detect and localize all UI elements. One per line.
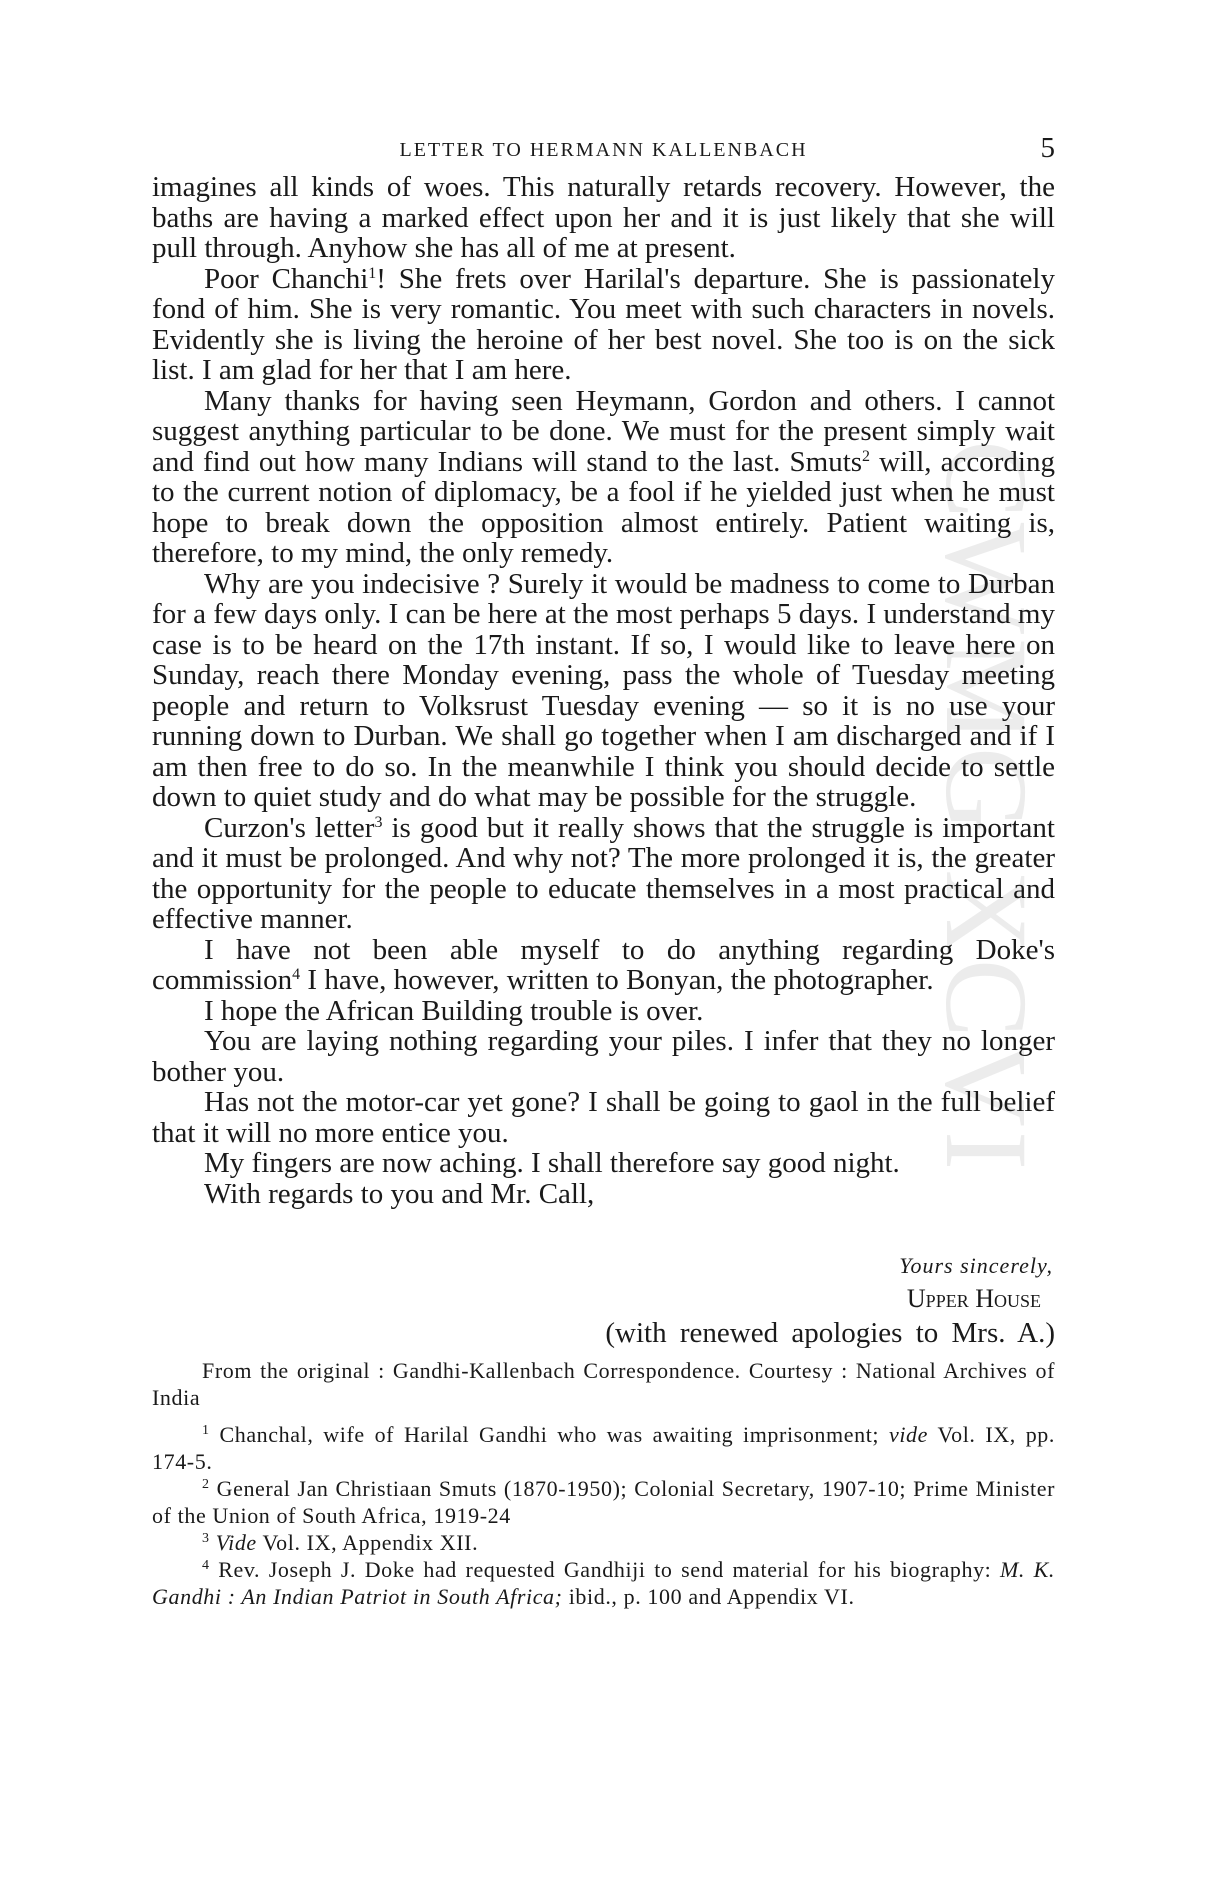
paragraph: You are laying nothing regarding your pi…: [152, 1026, 1055, 1087]
signature: Upper House: [152, 1282, 1055, 1316]
footnote-text: Vol. IX, Appendix XII.: [257, 1530, 478, 1555]
paragraph: I have not been able myself to do anythi…: [152, 935, 1055, 996]
footnote-text: ibid., p. 100 and Appendix VI.: [563, 1584, 855, 1609]
paragraph-text: Why are you indecisive ? Surely it would…: [152, 568, 1055, 814]
paragraph: Curzon's letter3 is good but it really s…: [152, 813, 1055, 935]
paragraph-text: With regards to you and Mr. Call,: [204, 1178, 594, 1210]
paragraph: Many thanks for having seen Heymann, Gor…: [152, 386, 1055, 569]
source-note-text: From the original : Gandhi-Kallenbach Co…: [152, 1358, 1055, 1410]
paragraph: Has not the motor-car yet gone? I shall …: [152, 1087, 1055, 1148]
paragraph-text: Poor Chanchi: [204, 263, 368, 295]
valediction: Yours sincerely,: [152, 1250, 1055, 1282]
paragraph-text: Curzon's letter: [204, 812, 374, 844]
footnote: 2 General Jan Christiaan Smuts (1870-195…: [152, 1475, 1055, 1529]
paragraph-text: My fingers are now aching. I shall there…: [204, 1147, 900, 1179]
footnote-ref[interactable]: 4: [292, 966, 300, 983]
paragraph-text: You are laying nothing regarding your pi…: [152, 1025, 1055, 1088]
footnote-ref[interactable]: 2: [862, 448, 870, 465]
paragraph-text: I hope the African Building trouble is o…: [204, 995, 703, 1027]
footnote: 4 Rev. Joseph J. Doke had requested Gand…: [152, 1556, 1055, 1610]
letter-closing: Yours sincerely, Upper House (with renew…: [152, 1250, 1055, 1350]
letter-body: imagines all kinds of woes. This natural…: [152, 172, 1055, 1209]
paragraph: With regards to you and Mr. Call,: [152, 1179, 1055, 1210]
paragraph-text: imagines all kinds of woes. This natural…: [152, 171, 1055, 264]
paragraph: My fingers are now aching. I shall there…: [152, 1148, 1055, 1179]
footnote: 1 Chanchal, wife of Harilal Gandhi who w…: [152, 1421, 1055, 1475]
notes-section: From the original : Gandhi-Kallenbach Co…: [152, 1357, 1055, 1610]
footnote-italic: Vide: [216, 1530, 257, 1555]
footnote-text: Chanchal, wife of Harilal Gandhi who was…: [210, 1422, 889, 1447]
page-number: 5: [1041, 132, 1056, 165]
paragraph-text: I have, however, written to Bonyan, the …: [300, 964, 933, 996]
running-header: LETTER TO HERMANN KALLENBACH 5: [152, 136, 1055, 166]
footnote-text: General Jan Christiaan Smuts (1870-1950)…: [152, 1476, 1055, 1528]
footnote-marker: 1: [202, 1423, 210, 1438]
footnote-marker: 3: [202, 1531, 210, 1546]
footnote: 3 Vide Vol. IX, Appendix XII.: [152, 1529, 1055, 1556]
postscript: (with renewed apologies to Mrs. A.): [152, 1316, 1055, 1350]
paragraph-text: Has not the motor-car yet gone? I shall …: [152, 1086, 1055, 1149]
running-title: LETTER TO HERMANN KALLENBACH: [152, 139, 1055, 162]
paragraph: Why are you indecisive ? Surely it would…: [152, 569, 1055, 813]
footnote-marker: 4: [202, 1558, 210, 1573]
footnote-text: Rev. Joseph J. Doke had requested Gandhi…: [210, 1557, 1000, 1582]
source-note: From the original : Gandhi-Kallenbach Co…: [152, 1357, 1055, 1411]
footnote-italic: vide: [889, 1422, 928, 1447]
paragraph: Poor Chanchi1! She frets over Harilal's …: [152, 264, 1055, 386]
footnote-marker: 2: [202, 1477, 210, 1492]
paragraph: imagines all kinds of woes. This natural…: [152, 172, 1055, 264]
paragraph: I hope the African Building trouble is o…: [152, 996, 1055, 1027]
